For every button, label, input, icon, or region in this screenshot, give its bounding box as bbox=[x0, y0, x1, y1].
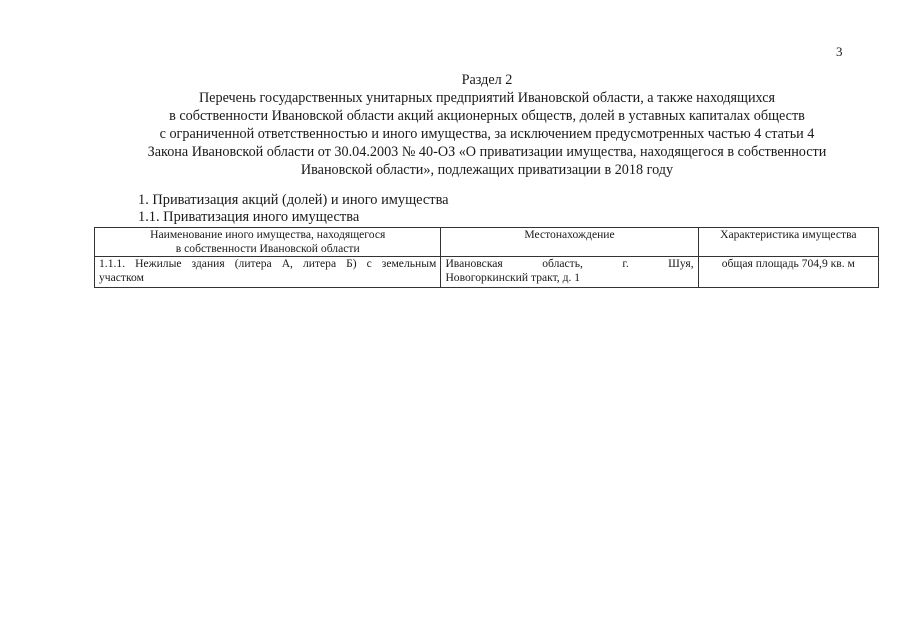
heading-line: в собственности Ивановской области акций… bbox=[92, 107, 882, 125]
location-line: Новогоркинский тракт, д. 1 bbox=[445, 271, 693, 285]
word: с bbox=[367, 257, 372, 271]
cell-property-name: 1.1.1. Нежилые здания (литера А, литера … bbox=[95, 257, 441, 288]
heading-line: Закона Ивановской области от 30.04.2003 … bbox=[92, 143, 882, 161]
property-name-line: 1.1.1. Нежилые здания (литера А, литера … bbox=[99, 257, 436, 271]
word: 1.1.1. bbox=[99, 257, 125, 271]
property-table: Наименование иного имущества, находящего… bbox=[94, 227, 879, 288]
header-name: Наименование иного имущества, находящего… bbox=[95, 228, 441, 257]
word: область, bbox=[542, 257, 583, 271]
word: Нежилые bbox=[135, 257, 181, 271]
word: Шуя, bbox=[668, 257, 693, 271]
section-title: Раздел 2 bbox=[92, 71, 882, 89]
header-location: Местонахождение bbox=[441, 228, 698, 257]
location-line: Ивановская область, г. Шуя, bbox=[445, 257, 693, 271]
page-number: 3 bbox=[836, 44, 843, 60]
word: Ивановская bbox=[445, 257, 502, 271]
table-row: 1.1.1. Нежилые здания (литера А, литера … bbox=[95, 257, 879, 288]
heading-line: Ивановской области», подлежащих приватиз… bbox=[92, 161, 882, 179]
heading-line: Перечень государственных унитарных предп… bbox=[92, 89, 882, 107]
property-name-line: участком bbox=[99, 271, 436, 285]
subsection-1-1-title: 1.1. Приватизация иного имущества bbox=[138, 209, 359, 226]
header-name-line: Наименование иного имущества, находящего… bbox=[99, 228, 436, 242]
word: г. bbox=[622, 257, 628, 271]
word: литера bbox=[303, 257, 336, 271]
header-name-line: в собственности Ивановской области bbox=[99, 242, 436, 256]
word: Б) bbox=[346, 257, 357, 271]
document-heading: Раздел 2 Перечень государственных унитар… bbox=[92, 71, 882, 179]
heading-line: с ограниченной ответственностью и иного … bbox=[92, 125, 882, 143]
table-header-row: Наименование иного имущества, находящего… bbox=[95, 228, 879, 257]
word: земельным bbox=[382, 257, 437, 271]
cell-location: Ивановская область, г. Шуя, Новогоркинск… bbox=[441, 257, 698, 288]
word: А, bbox=[282, 257, 293, 271]
word: (литера bbox=[235, 257, 272, 271]
word: здания bbox=[192, 257, 225, 271]
cell-characteristics: общая площадь 704,9 кв. м bbox=[698, 257, 878, 288]
subsection-1-title: 1. Приватизация акций (долей) и иного им… bbox=[138, 192, 449, 209]
header-characteristics: Характеристика имущества bbox=[698, 228, 878, 257]
